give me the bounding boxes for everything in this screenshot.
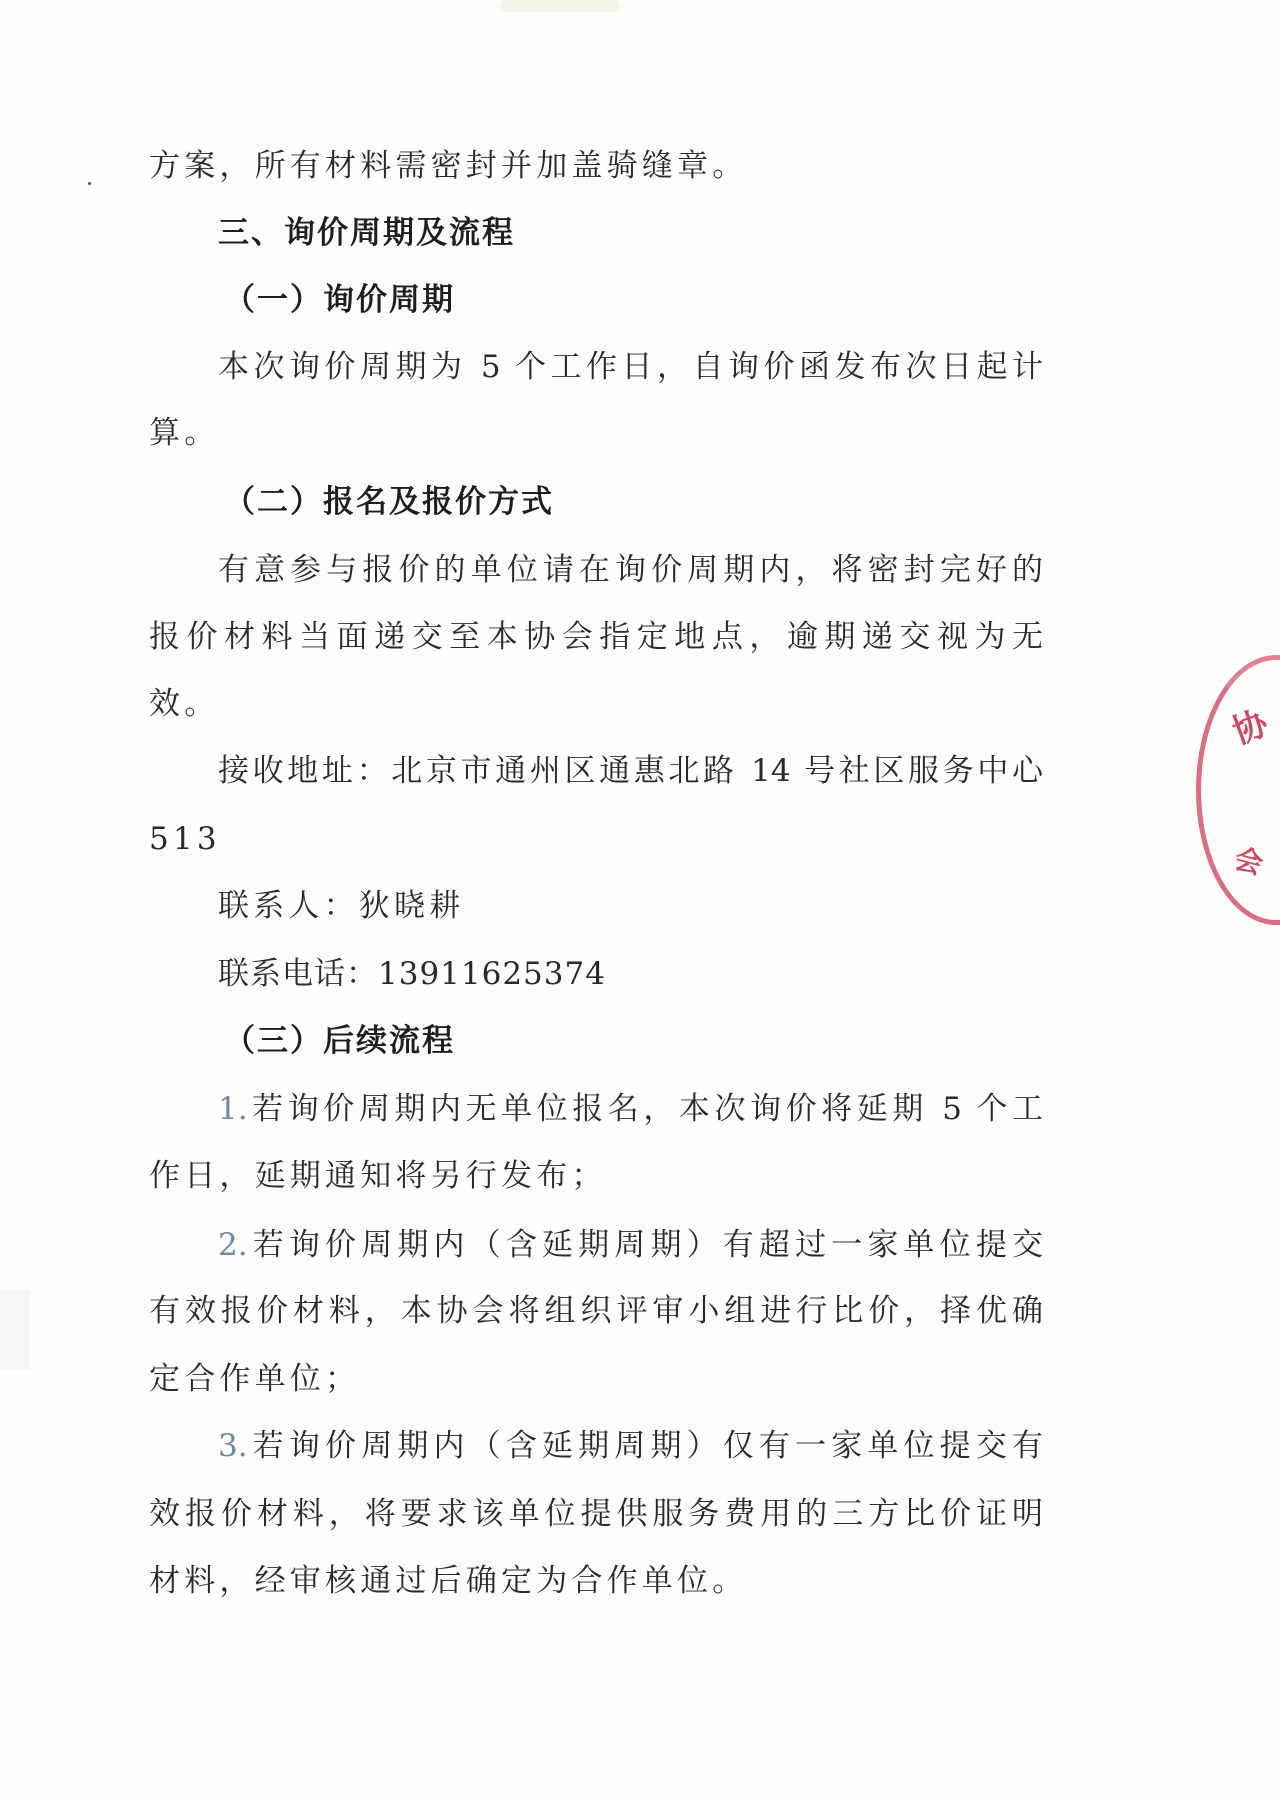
list-item: 3.若询价周期内（含延期周期）仅有一家单位提交有 <box>218 1426 1043 1466</box>
list-item: 2.若询价周期内（含延期周期）有超过一家单位提交 <box>218 1225 1043 1265</box>
list-item: 1.若询价周期内无单位报名，本次询价将延期 5 个工 <box>218 1089 1043 1129</box>
paragraph-line: 效。 <box>149 684 1049 724</box>
subsection-heading: （二）报名及报价方式 <box>224 482 1124 522</box>
section-heading: 三、询价周期及流程 <box>218 213 1118 253</box>
paragraph-line: 作日，延期通知将另行发布； <box>149 1156 1049 1196</box>
list-number: 1. <box>218 1091 248 1127</box>
scanned-document-page: 方案，所有材料需密封并加盖骑缝章。 三、询价周期及流程 （一）询价周期 本次询价… <box>0 0 1280 1801</box>
paragraph-line: 本次询价周期为 5 个工作日，自询价函发布次日起计 <box>218 347 1043 387</box>
paragraph-line: 材料，经审核通过后确定为合作单位。 <box>149 1561 1049 1601</box>
paragraph-line: 效报价材料，将要求该单位提供服务费用的三方比价证明 <box>149 1494 1043 1534</box>
subsection-heading: （一）询价周期 <box>224 280 1124 320</box>
address-line-continued: 513 <box>149 819 1049 859</box>
scan-speck <box>88 182 91 185</box>
address-line: 接收地址：北京市通州区通惠北路 14 号社区服务中心 <box>218 751 1043 791</box>
paragraph-line: 算。 <box>149 413 1049 453</box>
list-number: 3. <box>218 1428 248 1464</box>
subsection-heading: （三）后续流程 <box>224 1021 1124 1061</box>
contact-phone: 联系电话：13911625374 <box>218 954 1118 994</box>
official-seal-stamp <box>1196 655 1280 925</box>
contact-person: 联系人：狄晓耕 <box>218 886 1118 926</box>
paragraph-line: 报价材料当面递交至本协会指定地点，逾期递交视为无 <box>149 617 1043 657</box>
paragraph-line: 有效报价材料，本协会将组织评审小组进行比价，择优确 <box>149 1291 1043 1331</box>
list-number: 2. <box>218 1227 248 1263</box>
list-item-text: 若询价周期内（含延期周期）有超过一家单位提交 <box>248 1227 1043 1263</box>
scan-smudge <box>0 1290 30 1370</box>
list-item-text: 若询价周期内（含延期周期）仅有一家单位提交有 <box>248 1428 1043 1464</box>
scan-smudge <box>500 0 620 12</box>
list-item-text: 若询价周期内无单位报名，本次询价将延期 5 个工 <box>248 1091 1043 1127</box>
paragraph-line: 有意参与报价的单位请在询价周期内，将密封完好的 <box>218 550 1043 590</box>
paragraph-line: 定合作单位； <box>149 1359 1049 1399</box>
paragraph-line: 方案，所有材料需密封并加盖骑缝章。 <box>149 146 1049 186</box>
